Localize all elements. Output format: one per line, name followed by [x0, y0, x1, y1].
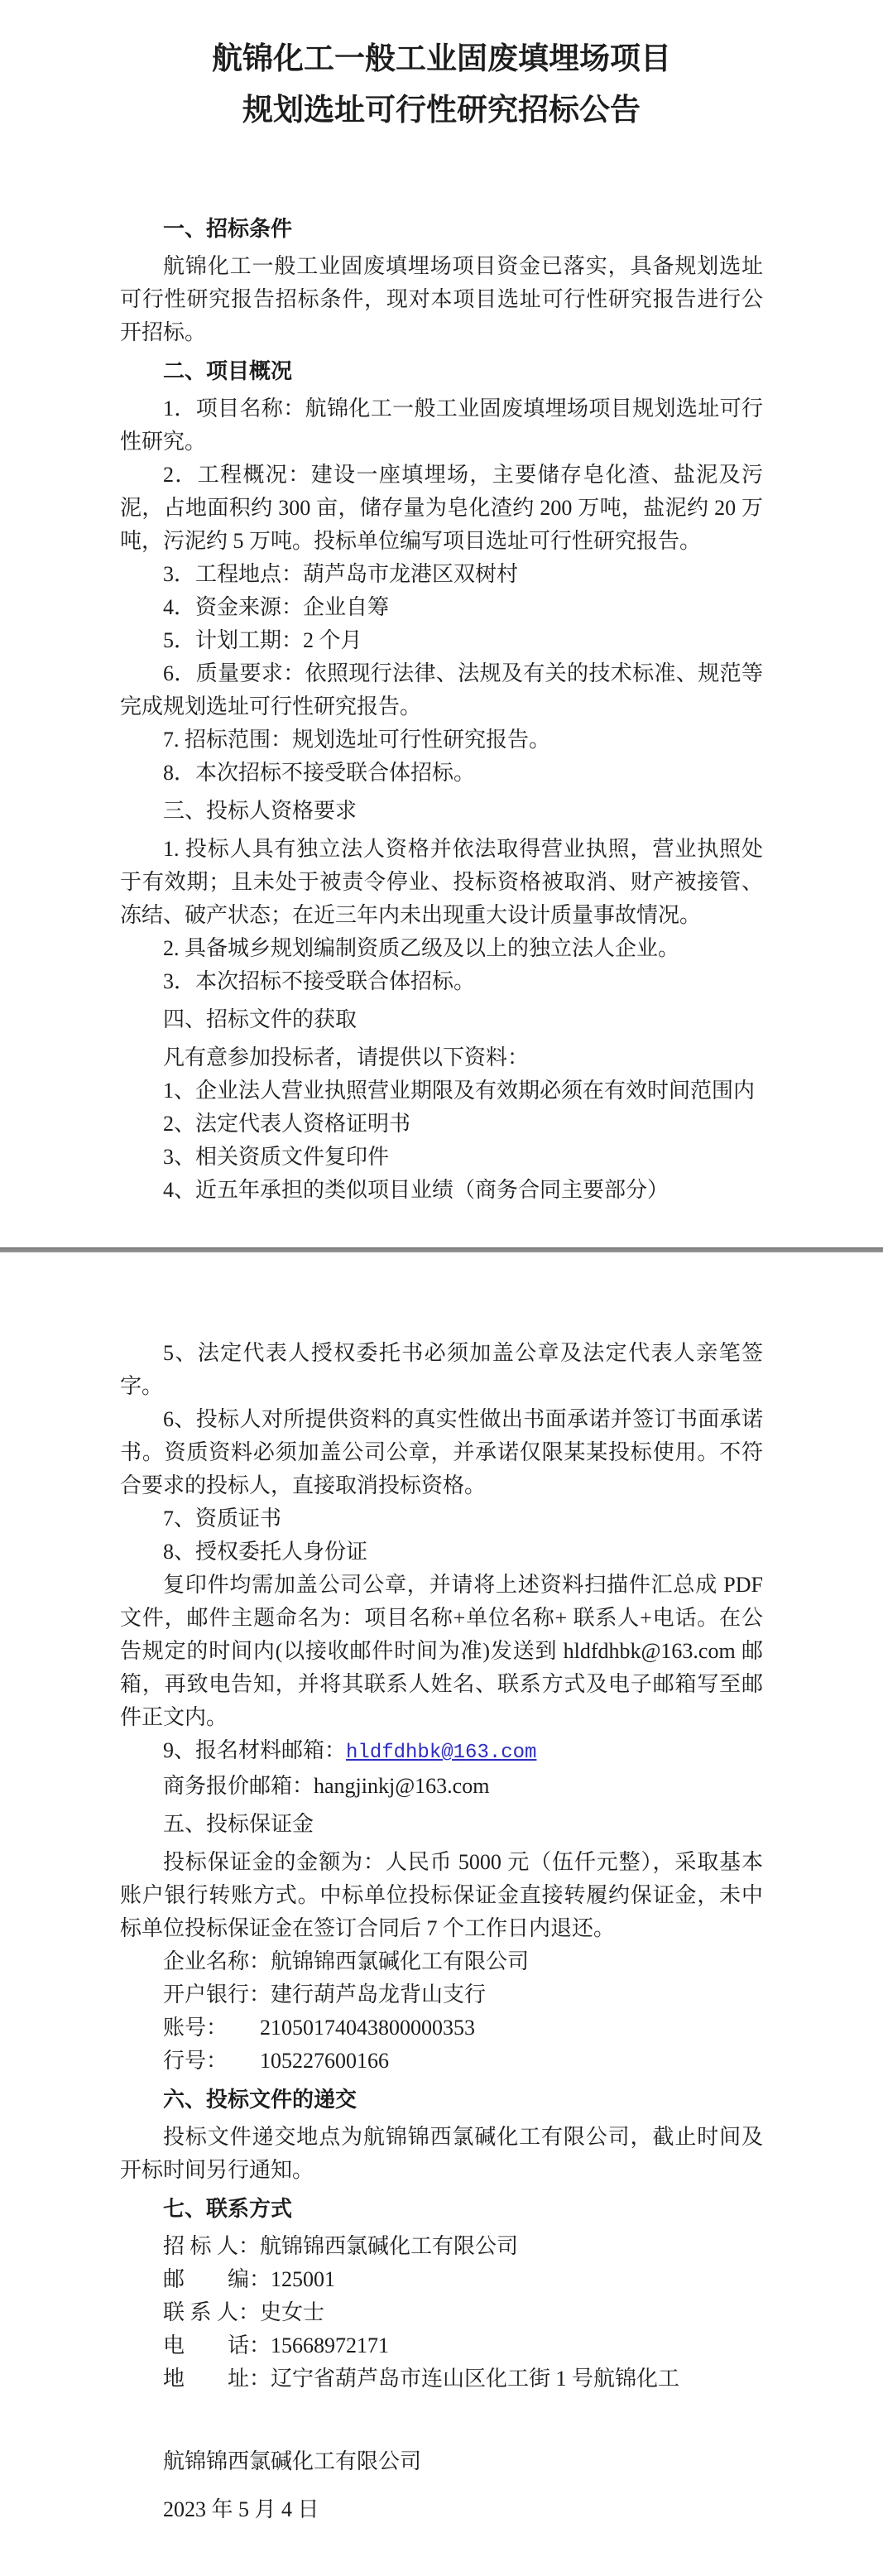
document-title: 航锦化工一般工业固废填埋场项目 规划选址可行性研究招标公告 [120, 33, 763, 136]
signature-company: 航锦锦西氯碱化工有限公司 [120, 2445, 763, 2478]
paragraph: 8、授权委托人身份证 [120, 1536, 763, 1569]
page-1-body: 一、招标条件航锦化工一般工业固废填埋场项目资金已落实，具备规划选址可行性研究报告… [120, 212, 763, 1207]
section-heading: 三、投标人资格要求 [120, 795, 763, 828]
paragraph: 投标保证金的金额为：人民币 5000 元（伍仟元整），采取基本账户银行转账方式。… [120, 1846, 763, 1945]
page-1: 航锦化工一般工业固废填埋场项目 规划选址可行性研究招标公告 一、招标条件航锦化工… [0, 0, 883, 1247]
paragraph: 1. 投标人具有独立法人资格并依法取得营业执照，营业执照处于有效期；且未处于被责… [120, 833, 763, 932]
paragraph: 商务报价邮箱：hangjinkj@163.com [120, 1770, 763, 1803]
paragraph: 2．工程概况：建设一座填埋场，主要储存皂化渣、盐泥及污泥，占地面积约 300 亩… [120, 459, 763, 558]
paragraph: 7. 招标范围：规划选址可行性研究报告。 [120, 723, 763, 757]
paragraph: 4、近五年承担的类似项目业绩（商务合同主要部分） [120, 1174, 763, 1207]
section-heading: 四、招标文件的获取 [120, 1003, 763, 1036]
paragraph: 1、企业法人营业执照营业期限及有效期必须在有效时间范围内 [120, 1074, 763, 1108]
title-line-2: 规划选址可行性研究招标公告 [120, 84, 763, 136]
paragraph: 2、法定代表人资格证明书 [120, 1108, 763, 1141]
section-heading: 一、招标条件 [120, 212, 763, 245]
title-line-1: 航锦化工一般工业固废填埋场项目 [120, 33, 763, 84]
signature-date: 2023 年 5 月 4 日 [120, 2493, 763, 2526]
paragraph: 招 标 人：航锦锦西氯碱化工有限公司 [120, 2230, 763, 2263]
paragraph: 4．资金来源：企业自筹 [120, 591, 763, 624]
paragraph: 凡有意参加投标者，请提供以下资料： [120, 1041, 763, 1074]
paragraph: 9、报名材料邮箱：hldfdhbk@163.com [120, 1734, 763, 1770]
paragraph: 8．本次招标不接受联合体招标。 [120, 757, 763, 790]
paragraph: 开户银行：建行葫芦岛龙背山支行 [120, 1978, 763, 2011]
paragraph: 地 址：辽宁省葫芦岛市连山区化工街 1 号航锦化工 [120, 2362, 763, 2396]
paragraph: 7、资质证书 [120, 1502, 763, 1536]
section-heading: 二、项目概况 [120, 354, 763, 387]
page-2-body: 5、法定代表人授权委托书必须加盖公章及法定代表人亲笔签字。6、投标人对所提供资料… [120, 1337, 763, 2526]
paragraph: 1．项目名称：航锦化工一般工业固废填埋场项目规划选址可行性研究。 [120, 392, 763, 459]
paragraph: 航锦化工一般工业固废填埋场项目资金已落实，具备规划选址可行性研究报告招标条件，现… [120, 250, 763, 349]
email-label: 9、报名材料邮箱： [163, 1738, 346, 1762]
paragraph: 复印件均需加盖公司公章，并请将上述资料扫描件汇总成 PDF 文件，邮件主题命名为… [120, 1569, 763, 1734]
paragraph: 5．计划工期：2 个月 [120, 624, 763, 657]
paragraph: 3．工程地点：葫芦岛市龙港区双树村 [120, 558, 763, 591]
paragraph: 5、法定代表人授权委托书必须加盖公章及法定代表人亲笔签字。 [120, 1337, 763, 1403]
paragraph: 行号： 105227600166 [120, 2045, 763, 2078]
paragraph: 6、投标人对所提供资料的真实性做出书面承诺并签订书面承诺书。资质资料必须加盖公司… [120, 1403, 763, 1502]
paragraph: 企业名称：航锦锦西氯碱化工有限公司 [120, 1945, 763, 1978]
page-2: 5、法定代表人授权委托书必须加盖公章及法定代表人亲笔签字。6、投标人对所提供资料… [0, 1252, 883, 2576]
paragraph: 电 话：15668972171 [120, 2329, 763, 2362]
section-heading: 六、投标文件的递交 [120, 2083, 763, 2116]
paragraph: 3．本次招标不接受联合体招标。 [120, 965, 763, 998]
paragraph: 邮 编：125001 [120, 2263, 763, 2296]
paragraph: 2. 具备城乡规划编制资质乙级及以上的独立法人企业。 [120, 932, 763, 965]
section-heading: 七、联系方式 [120, 2192, 763, 2225]
paragraph: 账号： 21050174043800000353 [120, 2011, 763, 2045]
paragraph: 投标文件递交地点为航锦锦西氯碱化工有限公司，截止时间及开标时间另行通知。 [120, 2121, 763, 2187]
paragraph: 6．质量要求：依照现行法律、法规及有关的技术标准、规范等完成规划选址可行性研究报… [120, 657, 763, 723]
paragraph: 联 系 人：史女士 [120, 2296, 763, 2329]
section-heading: 五、投标保证金 [120, 1808, 763, 1841]
email-link[interactable]: hldfdhbk@163.com [346, 1742, 536, 1764]
paragraph: 3、相关资质文件复印件 [120, 1141, 763, 1174]
